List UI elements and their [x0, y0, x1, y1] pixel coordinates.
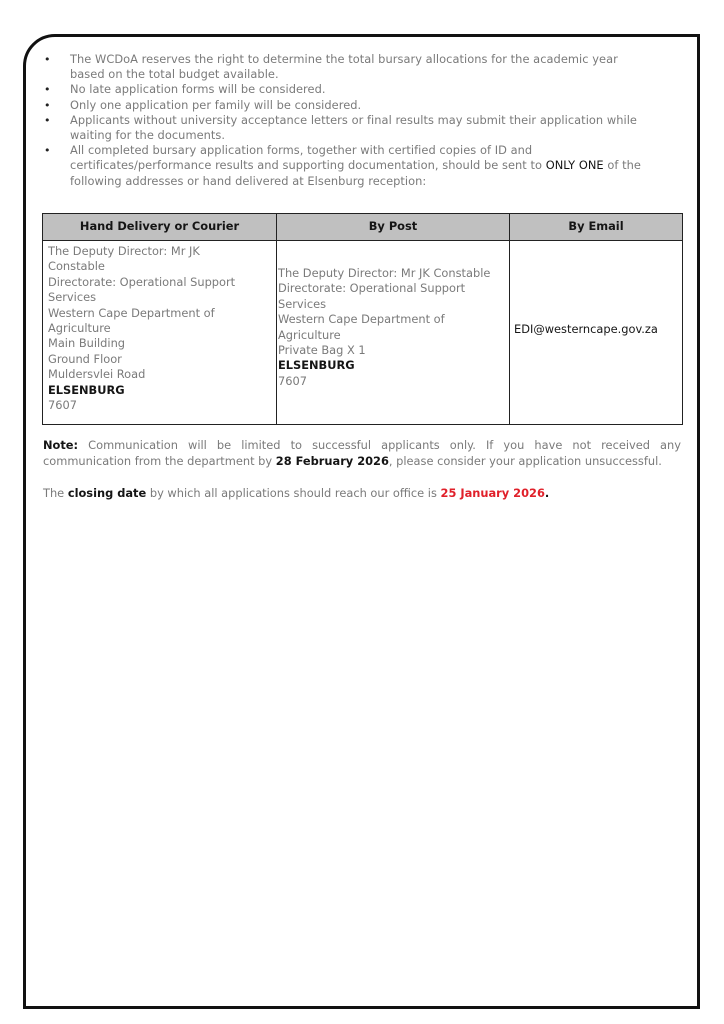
table-row: The Deputy Director: Mr JK Constable Dir…: [43, 241, 683, 425]
bullet-text: The WCDoA reserves the right to determin…: [70, 52, 680, 67]
note-label: Note:: [43, 438, 78, 452]
bullet-text: Applicants without university acceptance…: [70, 113, 680, 128]
address-town: ELSENBURG: [278, 358, 509, 373]
list-item: • Only one application per family will b…: [40, 98, 680, 113]
address-line: Constable: [48, 259, 271, 274]
closing-date-label: closing date: [68, 486, 146, 500]
column-header-by-email: By Email: [510, 214, 683, 241]
address-town: ELSENBURG: [48, 383, 271, 398]
address-postcode: 7607: [48, 398, 271, 413]
bullet-text: following addresses or hand delivered at…: [70, 174, 680, 189]
bullet-text: based on the total budget available.: [70, 67, 680, 82]
closing-text: by which all applications should reach o…: [146, 486, 440, 500]
list-item: • All completed bursary application form…: [40, 143, 680, 189]
address-line: Services: [278, 297, 509, 312]
address-line: Western Cape Department of: [48, 306, 271, 321]
requirements-list: • The WCDoA reserves the right to determ…: [40, 52, 680, 189]
bullet-icon: •: [44, 113, 51, 128]
note-text: , please consider your application unsuc…: [389, 454, 662, 468]
closing-period: .: [545, 486, 549, 500]
bullet-text: All completed bursary application forms,…: [70, 143, 680, 158]
hand-delivery-address-cell: The Deputy Director: Mr JK Constable Dir…: [43, 241, 277, 425]
closing-text: The: [43, 486, 68, 500]
address-line: Private Bag X 1: [278, 343, 509, 358]
submission-addresses-table: Hand Delivery or Courier By Post By Emai…: [42, 213, 683, 425]
address-line: Ground Floor: [48, 352, 271, 367]
address-line: Agriculture: [48, 321, 271, 336]
address-line: The Deputy Director: Mr JK: [48, 244, 271, 259]
notification-deadline-date: 28 February 2026: [276, 454, 389, 468]
bullet-text-segment: of the: [604, 158, 641, 172]
bullet-icon: •: [44, 98, 51, 113]
postal-address-cell: The Deputy Director: Mr JK Constable Dir…: [277, 241, 510, 425]
address-line: Services: [48, 290, 271, 305]
list-item: • The WCDoA reserves the right to determ…: [40, 52, 680, 82]
bullet-text: certificates/performance results and sup…: [70, 158, 680, 173]
closing-date-paragraph: The closing date by which all applicatio…: [43, 486, 681, 502]
address-line: Directorate: Operational Support: [278, 281, 509, 296]
column-header-by-post: By Post: [277, 214, 510, 241]
note-paragraph: Note: Communication will be limited to s…: [43, 438, 681, 469]
bullet-icon: •: [44, 82, 51, 97]
address-line: Agriculture: [278, 328, 509, 343]
table-header-row: Hand Delivery or Courier By Post By Emai…: [43, 214, 683, 241]
address-line: Directorate: Operational Support: [48, 275, 271, 290]
address-line: Muldersvlei Road: [48, 367, 271, 382]
bullet-text-segment: certificates/performance results and sup…: [70, 158, 546, 172]
address-line: Main Building: [48, 336, 271, 351]
address-line: The Deputy Director: Mr JK Constable: [278, 266, 509, 281]
closing-date-value: 25 January 2026: [441, 486, 545, 500]
bullet-icon: •: [44, 52, 51, 67]
email-address-cell: EDI@westerncape.gov.za: [510, 241, 683, 425]
address-line: Western Cape Department of: [278, 312, 509, 327]
only-one-emphasis: ONLY ONE: [546, 158, 604, 172]
column-header-hand-delivery: Hand Delivery or Courier: [43, 214, 277, 241]
bullet-text: Only one application per family will be …: [70, 98, 680, 113]
bullet-text: No late application forms will be consid…: [70, 82, 680, 97]
bullet-text: waiting for the documents.: [70, 128, 680, 143]
email-link[interactable]: EDI@westerncape.gov.za: [514, 322, 658, 336]
bullet-icon: •: [44, 143, 51, 158]
list-item: • Applicants without university acceptan…: [40, 113, 680, 143]
list-item: • No late application forms will be cons…: [40, 82, 680, 97]
address-postcode: 7607: [278, 374, 509, 389]
